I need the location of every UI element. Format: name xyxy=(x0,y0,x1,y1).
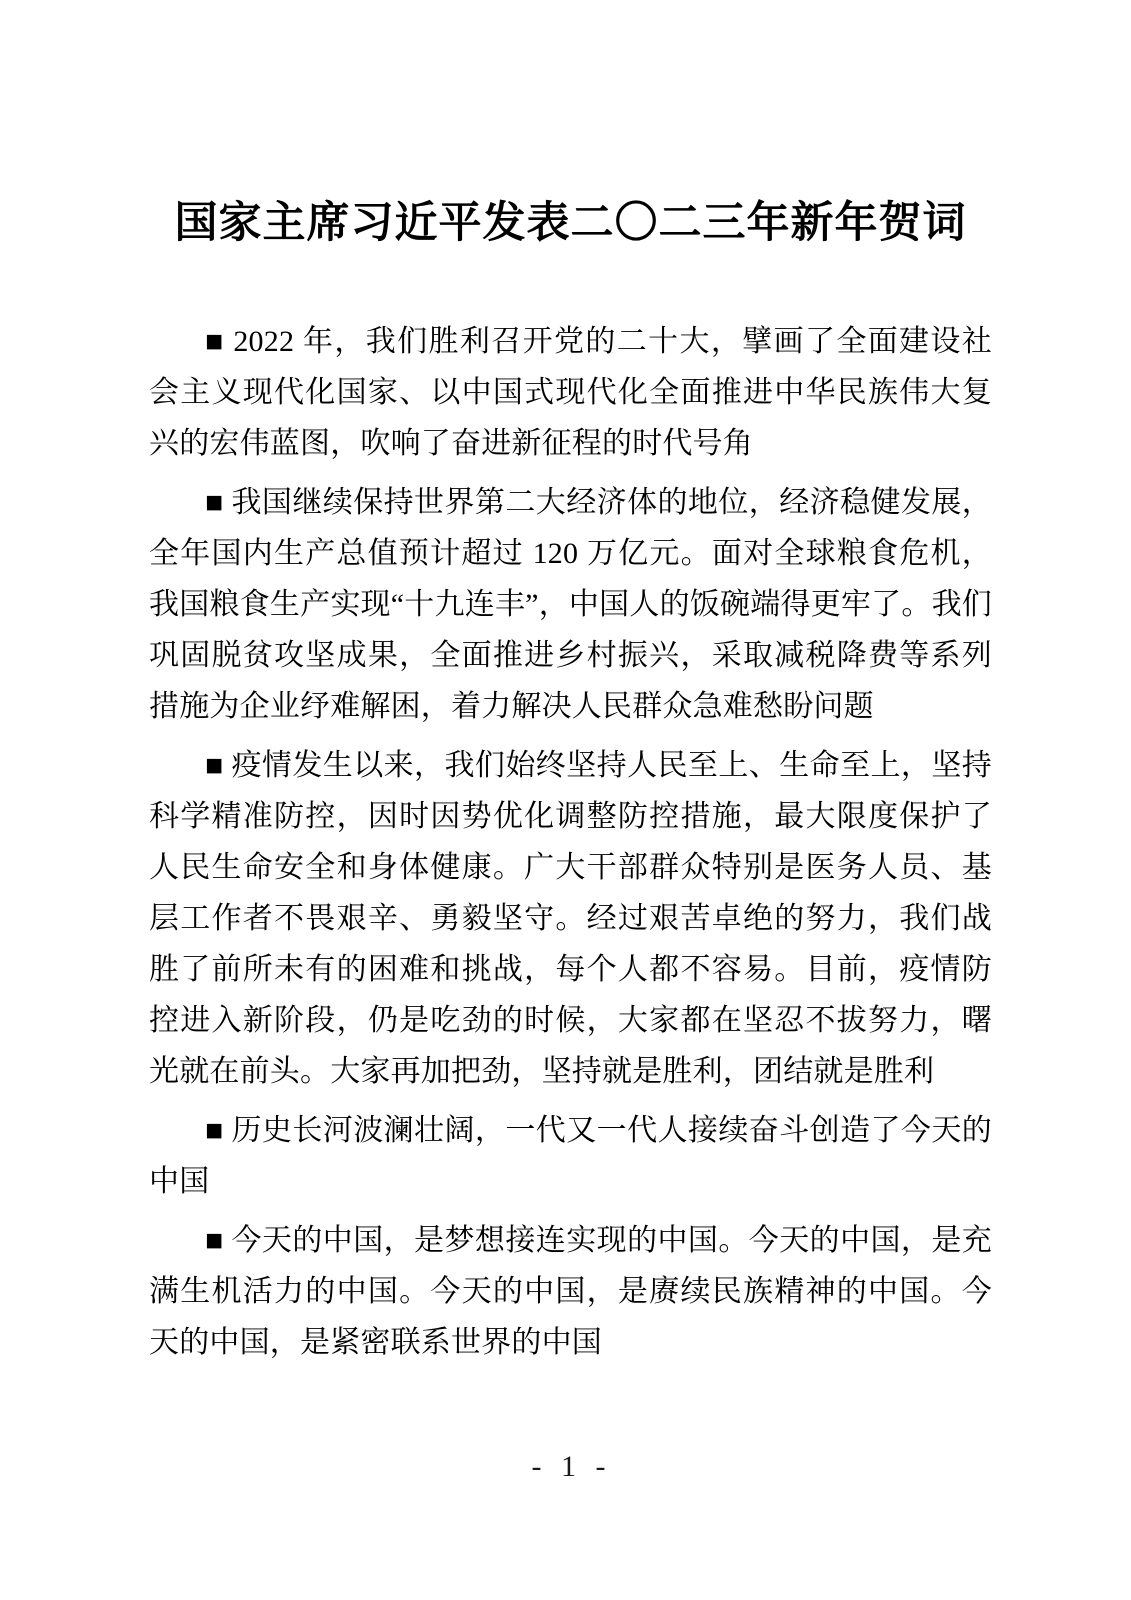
document-content: 国家主席习近平发表二〇二三年新年贺词 ■ 2022 年，我们胜利召开党的二十大，… xyxy=(149,200,992,1368)
document-body: ■ 2022 年，我们胜利召开党的二十大，擘画了全面建设社会主义现代化国家、以中… xyxy=(149,316,992,1368)
paragraph-5: ■ 今天的中国，是梦想接连实现的中国。今天的中国，是充满生机活力的中国。今天的中… xyxy=(149,1215,992,1368)
paragraph-1: ■ 2022 年，我们胜利召开党的二十大，擘画了全面建设社会主义现代化国家、以中… xyxy=(149,316,992,469)
document-page: 国家主席习近平发表二〇二三年新年贺词 ■ 2022 年，我们胜利召开党的二十大，… xyxy=(0,0,1131,1600)
paragraph-4: ■ 历史长河波澜壮阔，一代又一代人接续奋斗创造了今天的中国 xyxy=(149,1105,992,1207)
page-number: - 1 - xyxy=(0,1450,1131,1484)
paragraph-3: ■ 疫情发生以来，我们始终坚持人民至上、生命至上，坚持科学精准防控，因时因势优化… xyxy=(149,740,992,1097)
paragraph-2: ■ 我国继续保持世界第二大经济体的地位，经济稳健发展，全年国内生产总值预计超过 … xyxy=(149,477,992,732)
page-title: 国家主席习近平发表二〇二三年新年贺词 xyxy=(149,200,992,248)
